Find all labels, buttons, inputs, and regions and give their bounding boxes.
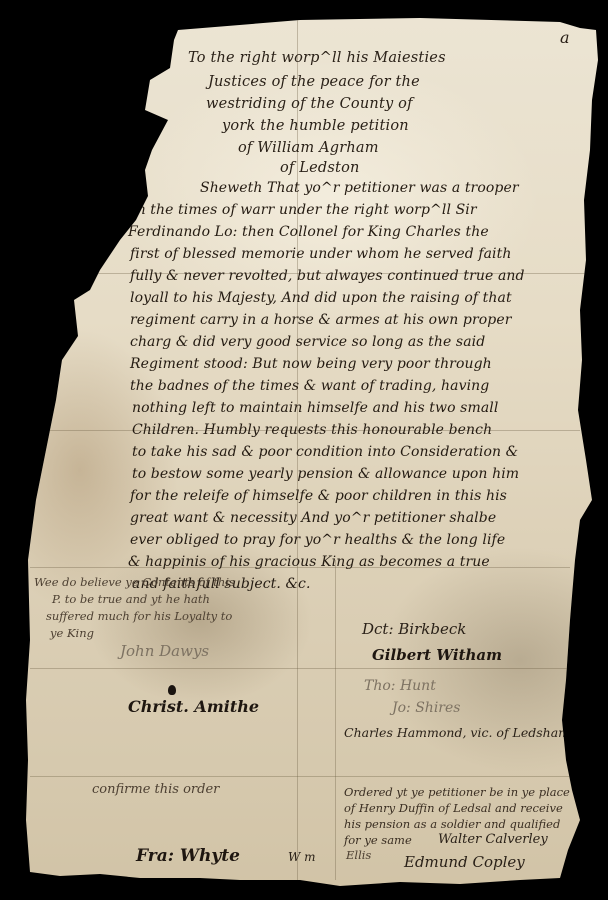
body-line: to take his sad & poor condition into Co… xyxy=(132,444,518,460)
signature: Christ. Amithe xyxy=(128,697,259,716)
body-line: loyall to his Majesty, And did upon the … xyxy=(130,290,512,306)
signature: Edmund Copley xyxy=(404,853,525,871)
confirmation-text: confirme this order xyxy=(92,782,219,797)
body-line: & happinis of his gracious King as becom… xyxy=(128,554,490,570)
body-line: first of blessed memorie under whom he s… xyxy=(130,246,511,262)
order-line: Ordered yt ye petitioner be in ye place xyxy=(344,785,570,799)
order-line: of Henry Duffin of Ledsal and receive xyxy=(344,801,563,815)
body-line: regiment carry in a horse & armes at his… xyxy=(130,312,512,328)
note-line: ye King xyxy=(50,626,94,640)
signature: Gilbert Witham xyxy=(372,646,502,664)
fold-line xyxy=(30,776,570,777)
body-line: Children. Humbly requests this honourabl… xyxy=(132,422,492,438)
body-line: in the times of warr under the right wor… xyxy=(132,202,477,218)
body-line: the badnes of the times & want of tradin… xyxy=(130,378,489,394)
signature: Dct: Birkbeck xyxy=(362,620,466,638)
body-line: Sheweth That yo^r petitioner was a troop… xyxy=(200,180,519,196)
order-marginal: Ellis xyxy=(346,848,371,862)
initials: W m xyxy=(288,850,316,864)
address-line: Justices of the peace for the xyxy=(208,74,420,90)
order-line: for ye same xyxy=(344,833,412,847)
body-line: to bestow some yearly pension & allowanc… xyxy=(132,466,519,482)
address-line: of Ledston xyxy=(280,160,360,176)
body-line: for the releife of himselfe & poor child… xyxy=(130,488,507,504)
address-line: york the humble petition xyxy=(222,118,409,134)
body-line: Regiment stood: But now being very poor … xyxy=(130,356,492,372)
fold-line xyxy=(30,668,570,669)
body-line: charg & did very good service so long as… xyxy=(130,334,485,350)
body-line: ever obliged to pray for yo^r healths & … xyxy=(130,532,505,548)
body-line: nothing left to maintain himselfe and hi… xyxy=(132,400,498,416)
signature: Tho: Hunt xyxy=(364,678,436,694)
note-line: Wee do believe ye Contents of this xyxy=(34,575,235,589)
fold-line xyxy=(335,560,336,880)
address-line: To the right worp^ll his Maiesties xyxy=(188,50,446,66)
corner-mark: a xyxy=(560,28,570,47)
signature: John Dawys xyxy=(120,642,209,660)
signature: Walter Calverley xyxy=(438,832,548,847)
signature: Fra: Whyte xyxy=(136,846,240,866)
signature: Charles Hammond, vic. of Ledsham xyxy=(344,725,570,740)
body-line: great want & necessity And yo^r petition… xyxy=(130,510,496,526)
order-line: his pension as a soldier and qualified xyxy=(344,817,560,831)
body-line: Ferdinando Lo: then Collonel for King Ch… xyxy=(128,224,489,240)
body-line: fully & never revolted, but alwayes cont… xyxy=(130,268,525,284)
note-line: P. to be true and yt he hath xyxy=(52,592,210,606)
address-line: of William Agrham xyxy=(238,140,379,156)
address-line: westriding of the County of xyxy=(206,96,413,112)
manuscript-paper: To the right worp^ll his Maiesties Justi… xyxy=(0,0,608,900)
note-line: suffered much for his Loyalty to xyxy=(46,609,232,623)
signature: Jo: Shires xyxy=(392,700,460,716)
ink-blot xyxy=(168,685,176,695)
scanned-document: To the right worp^ll his Maiesties Justi… xyxy=(0,0,608,900)
